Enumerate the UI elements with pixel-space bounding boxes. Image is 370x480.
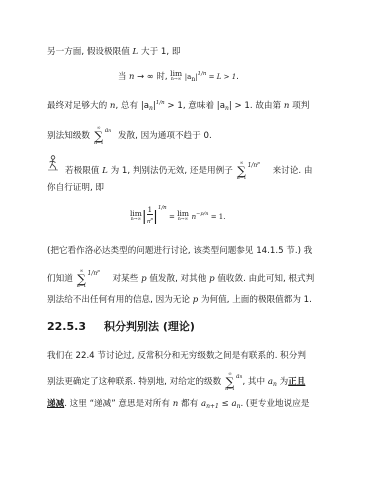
term-sup: p: [257, 160, 260, 165]
sum-term: 1/np: [248, 162, 260, 169]
paragraph-4-line-3: 递减. 这里 “递减” 意思是对所有 n 都有 an+1 ≤ an. (更专业地…: [47, 398, 309, 413]
display-equation-2: lim n→∞ |1np|1/n = lim n→∞ n−p/n = 1.: [130, 205, 225, 226]
text: . 这里 “递减” 意思是对所有: [64, 399, 170, 409]
text: 大于 1, 即: [141, 47, 180, 57]
math-var: p: [193, 295, 199, 305]
term: 1/n: [248, 162, 258, 169]
term: 1/n: [88, 270, 98, 277]
limit-operator: lim n→∞: [177, 211, 189, 223]
section-number: 22.5.3: [47, 320, 86, 333]
text: 为: [280, 377, 289, 387]
text: 另一方面, 假设极限值: [47, 47, 130, 57]
paragraph-4-line-1: 我们在 22.4 节讨论过, 反常积分和无穷级数之间是有联系的. 积分判: [47, 350, 306, 362]
text: 最终对足够大的: [47, 101, 107, 111]
var-sub: n: [273, 381, 277, 388]
text: , 总有 |a: [115, 101, 149, 111]
text: > 1, 意味着 |a: [165, 101, 225, 111]
text: 若极限值: [65, 166, 99, 176]
math-var: L: [133, 47, 139, 57]
sum-term: 1/np: [88, 270, 100, 277]
lim-label: lim: [177, 211, 189, 217]
text: 别法知级数: [47, 131, 90, 141]
text: (把它看作洛必达类型的问题进行讨论, 该类型问题参见 14.1.5 节.) 我: [47, 246, 312, 256]
text: 发散, 因为通项不趋于 0.: [118, 131, 212, 141]
limit-operator: lim n→∞: [170, 71, 182, 83]
text: 你自行证明, 即: [47, 183, 104, 193]
math-text: .: [236, 71, 239, 81]
text: 我们在 22.4 节讨论过, 反常积分和无穷级数之间是有联系的. 积分判: [47, 351, 306, 361]
text: , 其中: [242, 377, 265, 387]
math-text: = L > 1: [206, 73, 236, 81]
summation: ∞ ∑ n=1: [236, 161, 248, 181]
section-title: 积分判别法 (理论): [104, 320, 195, 333]
math-var: p: [209, 274, 215, 284]
var-sub: n+1: [206, 403, 219, 410]
text: 别法给不出任何有用的信息, 因为无论: [47, 295, 190, 305]
text: . (更专业地说应是: [240, 399, 309, 409]
sum-lower: n=1: [93, 141, 105, 146]
math-text: = 1.: [208, 213, 225, 221]
math-sup: 1/n: [158, 205, 167, 211]
paragraph-3-line-1: (把它看作洛必达类型的问题进行讨论, 该类型问题参见 14.1.5 节.) 我: [47, 245, 312, 257]
walking-figure-icon: [47, 155, 59, 171]
sum-lower: n=1: [236, 176, 248, 181]
math-sup: 1/n: [156, 100, 165, 106]
paragraph-3-line-3: 别法给不出任何有用的信息, 因为无论 p 为何值, 上面的极限值都为 1.: [47, 294, 312, 306]
sum-sigma: ∑: [236, 166, 248, 176]
summation: ∞ ∑ n=1: [224, 372, 236, 392]
note-line-1: 若极限值 L 为 1, 判别法仍无效, 还是用例子 ∞ ∑ n=1 1/np 来…: [65, 154, 312, 181]
lim-label: lim: [170, 71, 182, 77]
math-inequality: an+1 ≤ an: [201, 399, 241, 409]
text: 来讨论. 由: [273, 166, 313, 176]
text: 当: [118, 71, 126, 81]
text: 别法更确定了这种联系. 特别地, 对给定的级数: [47, 377, 221, 387]
le-sign: ≤: [219, 399, 232, 409]
math-text: → ∞: [137, 71, 154, 81]
paragraph-2-line-2: 别法知级数 ∞ ∑ n=1 an 发散, 因为通项不趋于 0.: [47, 122, 212, 146]
paragraph-1: 另一方面, 假设极限值 L 大于 1, 即: [47, 46, 180, 58]
sum-sigma: ∑: [76, 274, 88, 284]
paragraph-3-line-2: 们知道 ∞ ∑ n=1 1/np 对某些 p 值发散, 对其他 p 值收敛. 由…: [47, 262, 314, 289]
math-var: an: [268, 377, 277, 387]
sum-lower: n=1: [76, 284, 88, 289]
summation: ∞ ∑ n=1: [76, 269, 88, 289]
term-sub: n: [108, 129, 111, 134]
section-heading: 22.5.3积分判别法 (理论): [47, 318, 195, 334]
text: 项判: [292, 101, 309, 111]
text: 为何值, 上面的极限值都为 1.: [201, 295, 312, 305]
lim-subscript: n→∞: [177, 217, 189, 223]
sum-lower: n=1: [224, 387, 236, 392]
math-var: n: [173, 399, 179, 409]
limit-operator: lim n→∞: [130, 211, 142, 223]
text: | > 1. 故由第: [229, 101, 281, 111]
emphasis: 正且: [288, 377, 305, 387]
lim-label: lim: [130, 211, 142, 217]
math-var: n: [129, 71, 134, 81]
text: 值发散, 对其他: [149, 274, 206, 284]
lim-subscript: n→∞: [170, 77, 182, 83]
emphasis: 递减: [47, 399, 64, 409]
lim-subscript: n→∞: [130, 217, 142, 223]
text: 时,: [156, 71, 167, 81]
math-text: =: [167, 213, 177, 221]
sum-term: an: [105, 127, 111, 134]
sum-sigma: ∑: [224, 377, 236, 387]
summation: ∞ ∑ n=1: [93, 126, 105, 146]
paragraph-2-line-1: 最终对足够大的 n, 总有 |an|1/n > 1, 意味着 |an| > 1.…: [47, 97, 309, 115]
text: 们知道: [47, 274, 73, 284]
text: 为 1, 判别法仍无效, 还是用例子: [111, 166, 233, 176]
math-var: p: [141, 274, 147, 284]
text: 对某些: [113, 274, 139, 284]
display-equation-1: 当 n → ∞ 时, lim n→∞ |an|1/n = L > 1.: [118, 70, 239, 83]
text: 值收敛. 由此可知, 根式判: [217, 274, 314, 284]
sum-sigma: ∑: [93, 131, 105, 141]
term-sup: p: [97, 268, 100, 273]
paragraph-4-line-2: 别法更确定了这种联系. 特别地, 对给定的级数 ∞ ∑ n=1 an, 其中 a…: [47, 368, 305, 394]
math-sup: −p/n: [196, 211, 208, 217]
math-var: n: [284, 101, 290, 111]
math-var: L: [102, 166, 108, 176]
note-line-2: 你自行证明, 即: [47, 182, 104, 194]
text: 都有: [181, 399, 198, 409]
